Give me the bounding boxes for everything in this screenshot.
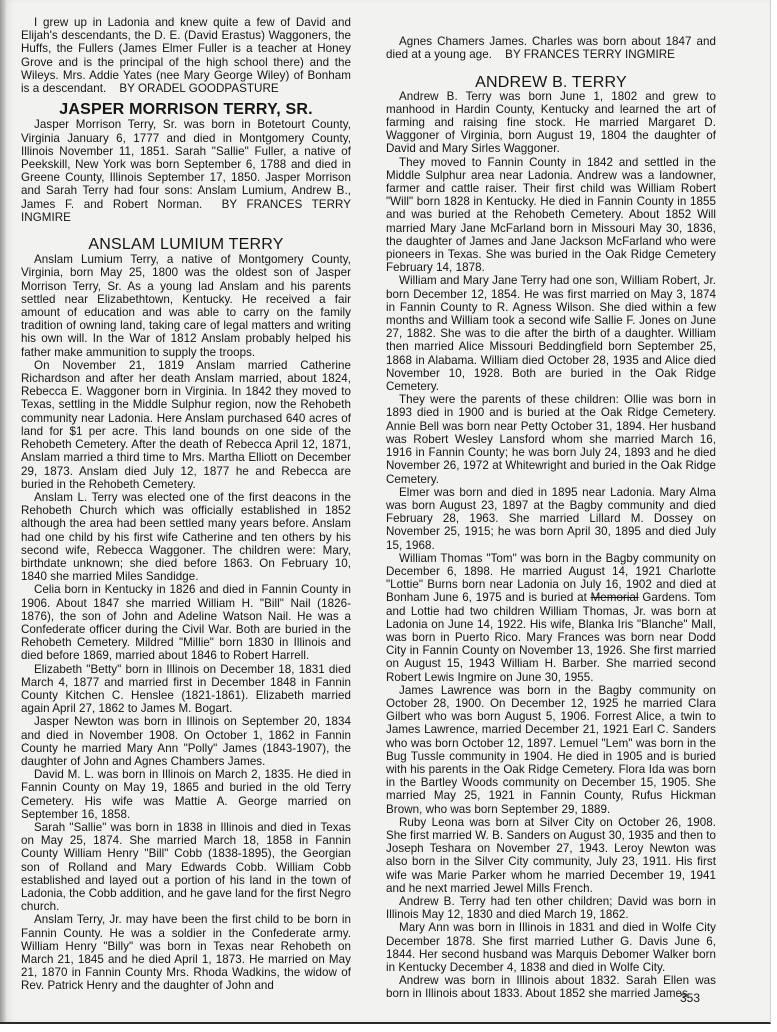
anslam-paragraph: Anslam L. Terry was elected one of the f… [21,491,351,583]
anslam-paragraph: David M. L. was born in Illinois on Marc… [21,768,351,821]
anslam-paragraph: On November 21, 1819 Anslam married Cath… [21,359,351,491]
right-column: Agnes Chamers James. Charles was born ab… [386,35,716,1001]
jasper-paragraph: Jasper Morrison Terry, Sr. was born in B… [21,118,351,224]
tom-paragraph: William Thomas "Tom" was born in the Bag… [386,552,716,684]
andrew-paragraph: They moved to Fannin County in 1842 and … [386,156,716,275]
andrew-paragraph: Mary Ann was born in Illinois in 1831 an… [386,921,716,974]
andrew-paragraph: They were the parents of these children:… [386,393,716,485]
page-binding-edge [0,0,6,1022]
continuation-byline: BY FRANCES TERRY INGMIRE [505,48,675,61]
page-number: 353 [680,991,700,1005]
anslam-paragraph: Elizabeth "Betty" born in Illinois on De… [21,663,351,716]
continuation-paragraph: Agnes Chamers James. Charles was born ab… [386,35,716,61]
andrew-paragraph: Ruby Leona was born at Silver City on Oc… [386,816,716,895]
heading-jasper-morrison-terry: JASPER MORRISON TERRY, SR. [21,103,351,116]
tom-text-after: Gardens. Tom and Lottie had two children… [386,591,716,683]
anslam-paragraph: Anslam Terry, Jr. may have been the firs… [21,913,351,992]
anslam-paragraph: Celia born in Kentucky in 1826 and died … [21,583,351,662]
andrew-paragraph: Elmer was born and died in 1895 near Lad… [386,486,716,552]
anslam-paragraph: Jasper Newton was born in Illinois on Se… [21,715,351,768]
struck-word: Memorial [591,591,639,604]
heading-anslam-lumium-terry: ANSLAM LUMIUM TERRY [21,238,351,251]
heading-andrew-b-terry: ANDREW B. TERRY [386,76,716,89]
andrew-paragraph: Andrew B. Terry had ten other children; … [386,895,716,921]
andrew-paragraph: James Lawrence was born in the Bagby com… [386,684,716,816]
andrew-paragraph: Andrew was born in Illinois about 1832. … [386,974,716,1000]
andrew-paragraph: William and Mary Jane Terry had one son,… [386,274,716,393]
intro-paragraph: I grew up in Ladonia and knew quite a fe… [21,16,351,95]
book-page: I grew up in Ladonia and knew quite a fe… [0,0,771,1024]
anslam-paragraph: Sarah "Sallie" was born in 1838 in Illin… [21,821,351,913]
intro-byline: BY ORADEL GOODPASTURE [119,82,278,95]
anslam-paragraph: Anslam Lumium Terry, a native of Montgom… [21,253,351,359]
andrew-paragraph: Andrew B. Terry was born June 1, 1802 an… [386,90,716,156]
left-column: I grew up in Ladonia and knew quite a fe… [21,16,351,993]
